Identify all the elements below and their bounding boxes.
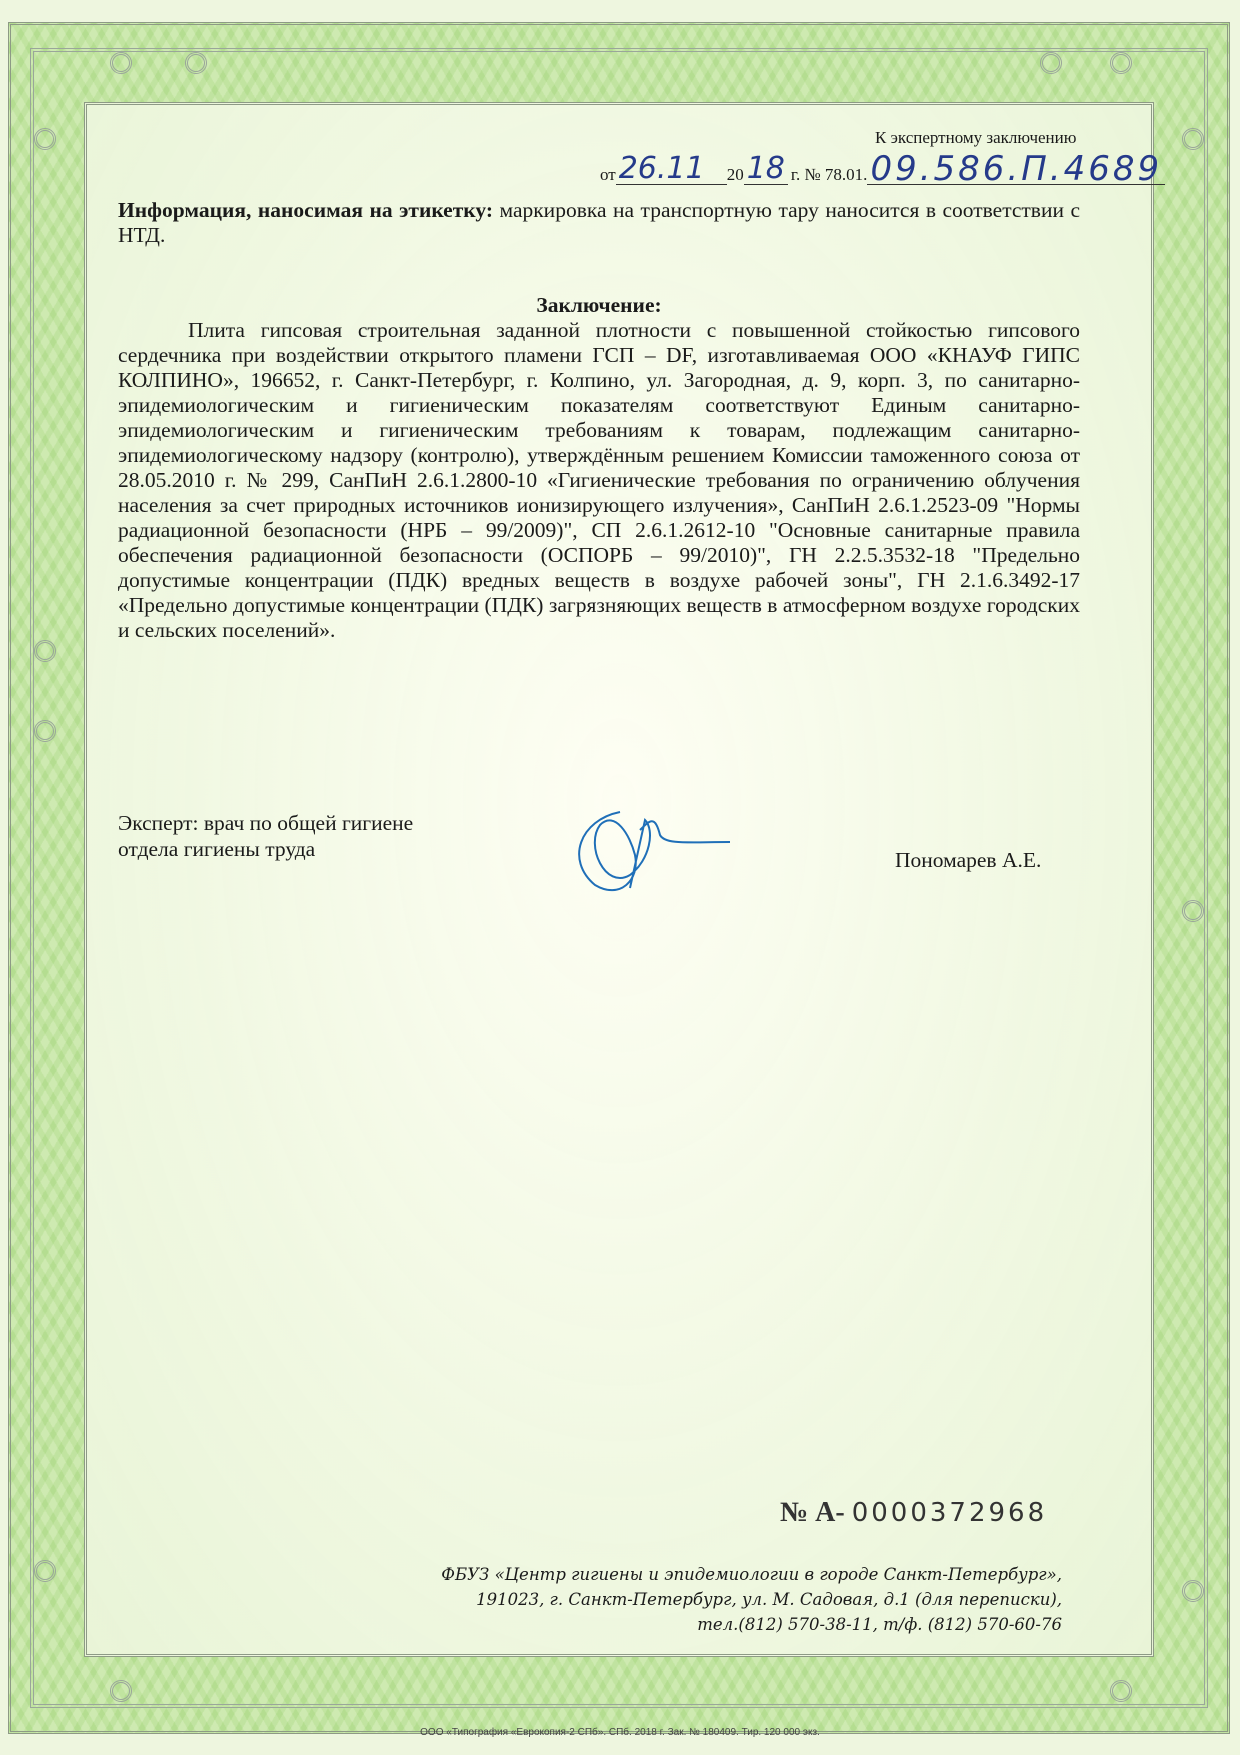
issuer-block: ФБУЗ «Центр гигиены и эпидемиологии в го… [441, 1562, 1062, 1637]
handwritten-year: 18 [744, 154, 788, 185]
handwritten-number: 09.586.П.4689 [867, 154, 1165, 185]
knot-ornament-icon [110, 52, 132, 74]
signature [560, 800, 740, 900]
label-info-lead: Информация, наносимая на этикетку: [118, 198, 493, 222]
issuer-line-2: 191023, г. Санкт-Петербург, ул. М. Садов… [441, 1587, 1062, 1612]
knot-ornament-icon [1182, 128, 1204, 150]
printer-imprint: ООО «Типография «Еврокопия-2 СПб». СПб. … [0, 1727, 1240, 1738]
knot-ornament-icon [34, 1560, 56, 1582]
number-prefix: г. № 78.01. [791, 165, 868, 185]
expert-line-1: Эксперт: врач по общей гигиене [118, 810, 413, 836]
knot-ornament-icon [1110, 1680, 1132, 1702]
reference-line: К экспертному заключению от 26.11 20 18 … [600, 140, 1080, 190]
issuer-line-3: тел.(812) 570-38-11, т/ф. (812) 570-60-7… [441, 1612, 1062, 1637]
reference-caption: К экспертному заключению [875, 128, 1076, 148]
knot-ornament-icon [34, 720, 56, 742]
label-info-paragraph: Информация, наносимая на этикетку: марки… [118, 198, 1080, 248]
from-label: от [600, 165, 616, 185]
handwritten-date: 26.11 [616, 154, 727, 185]
knot-ornament-icon [34, 128, 56, 150]
year-prefix: 20 [727, 165, 744, 185]
conclusion-title: Заключение: [118, 293, 1080, 318]
knot-ornament-icon [1040, 52, 1062, 74]
knot-ornament-icon [185, 52, 207, 74]
knot-ornament-icon [110, 1680, 132, 1702]
expert-position: Эксперт: врач по общей гигиене отдела ги… [118, 810, 413, 862]
knot-ornament-icon [1110, 52, 1132, 74]
issuer-line-1: ФБУЗ «Центр гигиены и эпидемиологии в го… [441, 1562, 1062, 1587]
knot-ornament-icon [1182, 1580, 1204, 1602]
knot-ornament-icon [34, 640, 56, 662]
serial-number: № А- 0000372968 [780, 1497, 1047, 1529]
expert-name: Пономарев А.Е. [895, 848, 1041, 873]
expert-line-2: отдела гигиены труда [118, 836, 413, 862]
conclusion-text: Плита гипсовая строительная заданной пло… [118, 318, 1080, 643]
serial-digits: 0000372968 [852, 1498, 1047, 1528]
knot-ornament-icon [1182, 900, 1204, 922]
serial-prefix: № А- [780, 1497, 845, 1528]
